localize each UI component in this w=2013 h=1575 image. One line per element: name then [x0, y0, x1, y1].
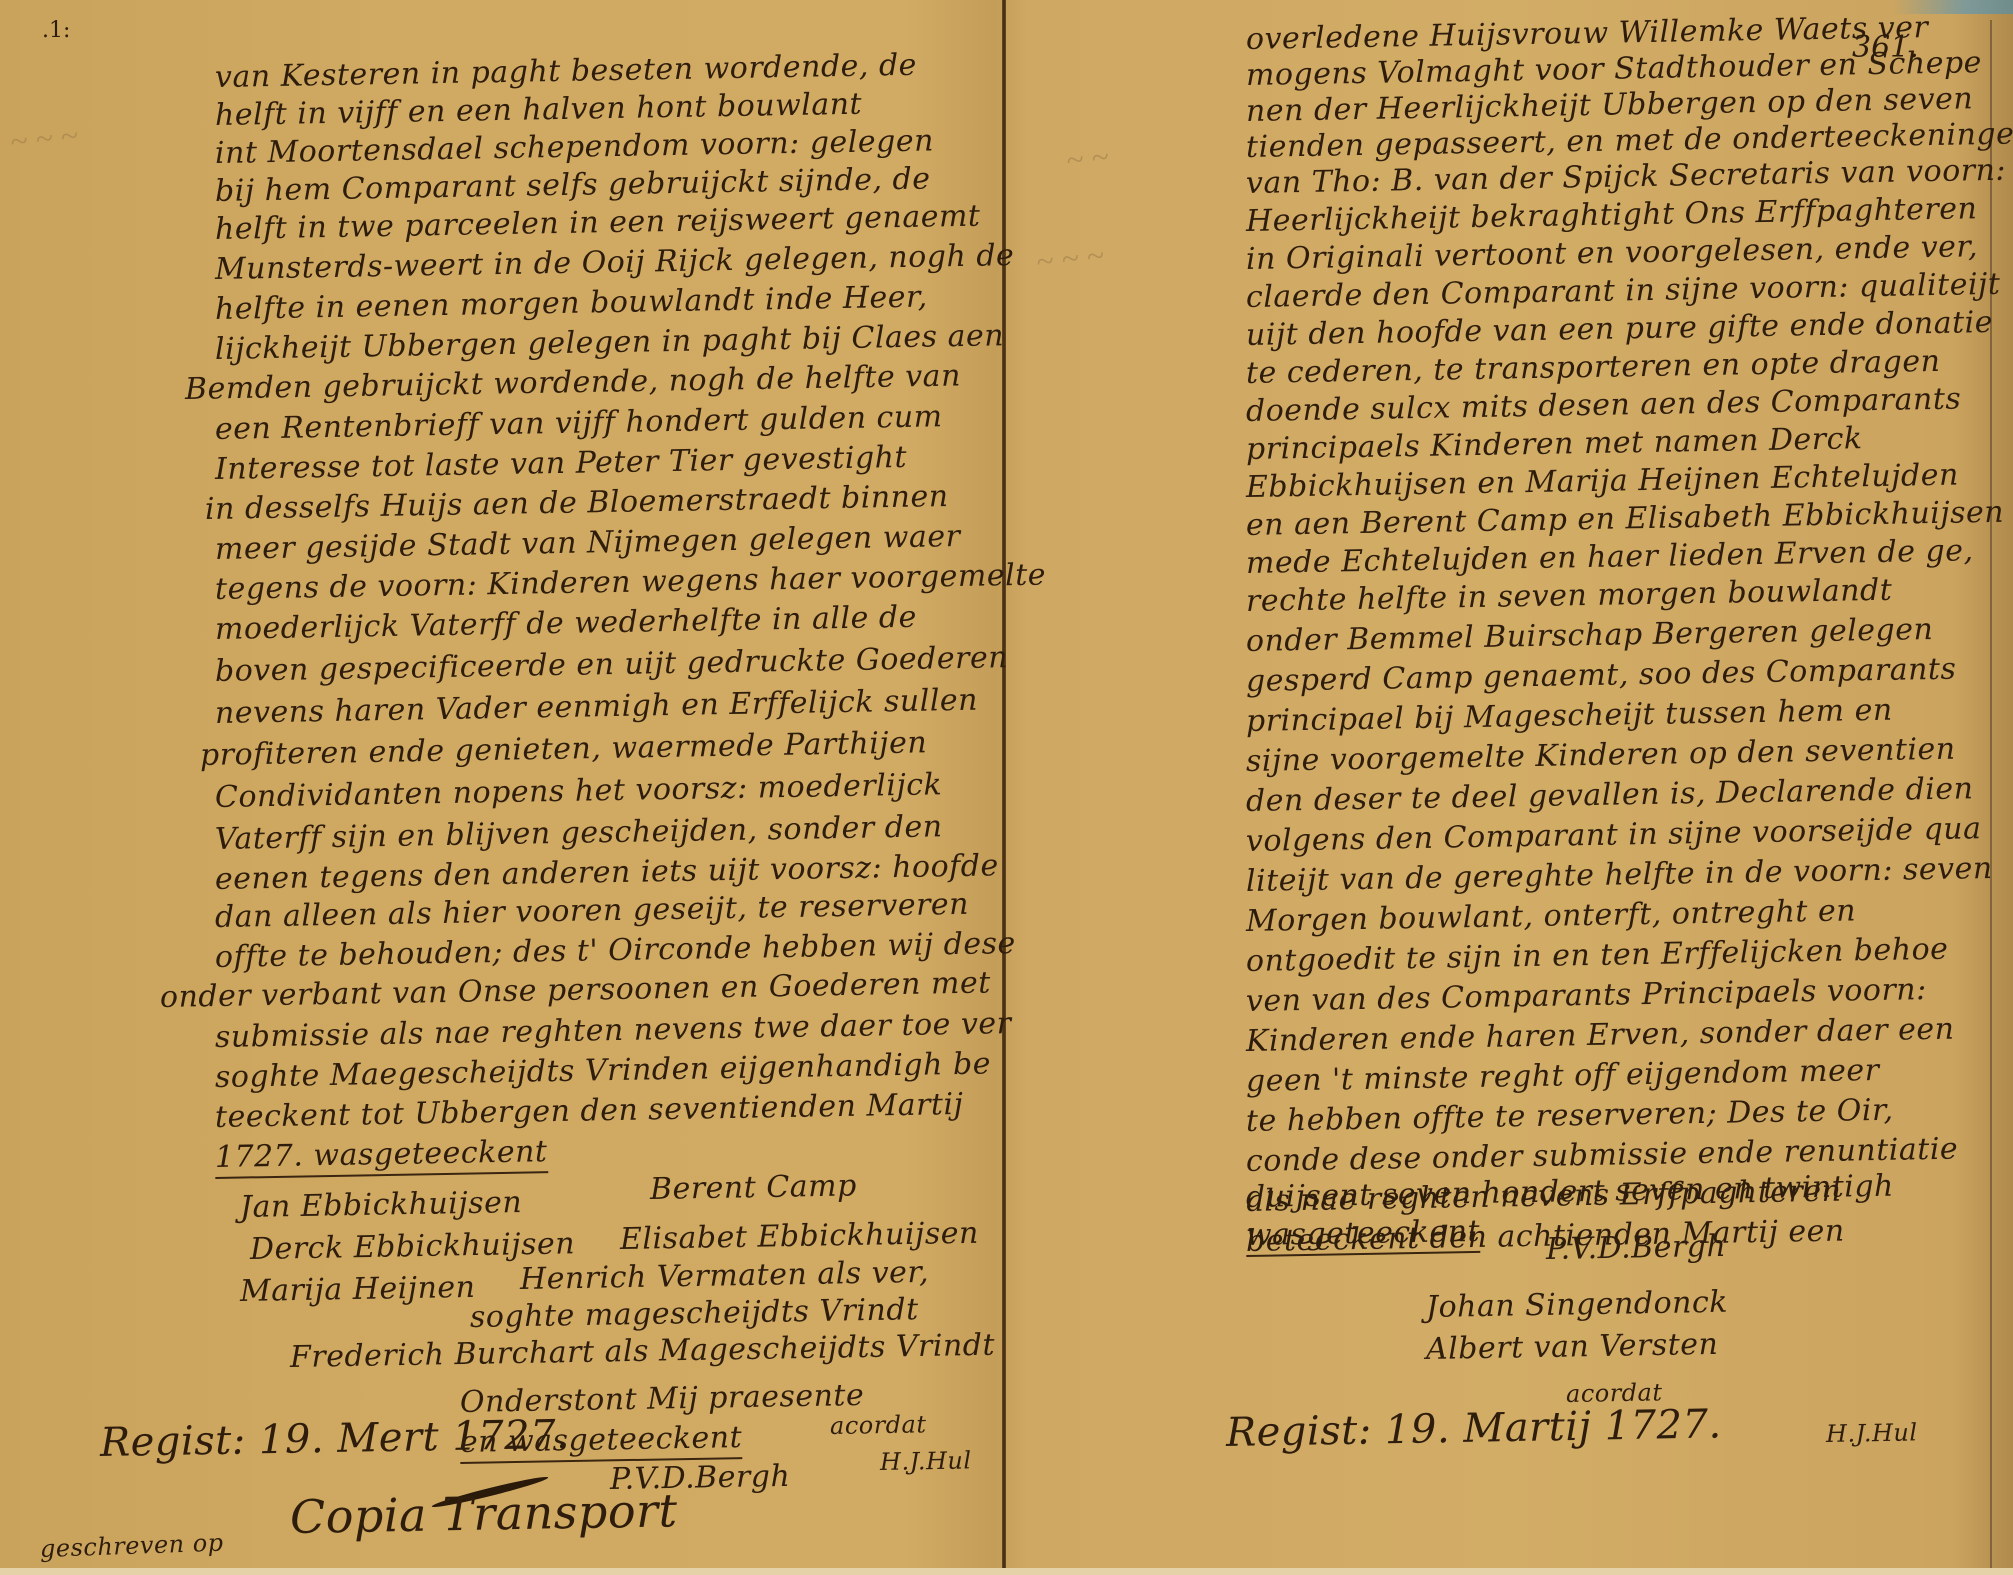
- signature: Jan Ebbickhuijsen: [240, 1185, 523, 1225]
- bottom-edge: [0, 1568, 2013, 1575]
- signature: Marija Heijnen: [240, 1270, 476, 1309]
- text-line: teeckent tot Ubbergen den seventienden M…: [215, 1087, 964, 1135]
- text-line-wasgeteeckent: 1727. wasgeteeckent: [215, 1134, 548, 1179]
- text-line: gesperd Camp genaemt, soo des Comparants: [1246, 652, 1957, 699]
- register-note: Regist: 19. Mert 1727.: [100, 1412, 570, 1466]
- text-line: onder Bemmel Buirschap Bergeren gelegen: [1246, 612, 1934, 659]
- text-line: Condividanten nopens het voorsz: moederl…: [215, 767, 943, 815]
- signature: P.V.D.Bergh: [1546, 1229, 1727, 1267]
- margin-note-line: geschreven op: [40, 1529, 224, 1563]
- secretary-signature: P.V.D.Bergh: [610, 1459, 791, 1497]
- text-line: rechte helfte in seven morgen bouwlandt: [1246, 573, 1893, 619]
- signature: Albert van Versten: [1426, 1327, 1719, 1367]
- left-page: .1: ~ ~ ~ van Kesteren in paght beseten …: [0, 0, 1002, 1568]
- text-line: geen 't minste reght off eijgendom meer: [1246, 1053, 1880, 1099]
- bleed-through-ink: ~ ~ ~: [1034, 237, 1105, 281]
- register-note: Regist: 19. Martij 1727.: [1226, 1401, 1722, 1456]
- text-line: Morgen bouwlant, onterft, ontreght en: [1246, 893, 1857, 939]
- accordat-signature: H.J.Hul: [880, 1446, 972, 1476]
- text-line: helfte in eenen morgen bouwlandt inde He…: [215, 280, 928, 327]
- text-line: moederlijck Vaterff de wederhelfte in al…: [215, 600, 917, 647]
- text-line: Vaterff sijn en blijven gescheijden, son…: [215, 809, 943, 857]
- corner-mark: .1:: [42, 18, 70, 43]
- text-line: sijne voorgemelte Kinderen op den sevent…: [1246, 732, 1956, 779]
- text-line: te hebben offte te reserveren; Des te Oi…: [1246, 1093, 1894, 1139]
- text-line: in desselfs Huijs aen de Bloemerstraedt …: [205, 479, 949, 527]
- signature: Berent Camp: [650, 1168, 857, 1207]
- text-line: Bemden gebruijckt wordende, nogh de helf…: [185, 358, 961, 407]
- text-line: den deser te deel gevallen is, Declarend…: [1246, 771, 1974, 819]
- signature: soghte magescheijdts Vrindt: [470, 1292, 919, 1335]
- signature: Henrich Vermaten als ver,: [520, 1255, 930, 1297]
- signature: Frederich Burchart als Magescheijdts Vri…: [290, 1328, 996, 1375]
- text-line: een Rentenbrieff van vijff hondert gulde…: [215, 399, 943, 447]
- text-line: ontgoedit te sijn in en ten Erffelijcken…: [1246, 932, 1949, 979]
- text-line: liteijt van de gereghte helfte in de voo…: [1246, 851, 1993, 899]
- signature: Elisabet Ebbickhuijsen: [620, 1216, 979, 1257]
- text-line: profiteren ende genieten, waermede Parth…: [200, 725, 928, 773]
- text-line: tegens de voorn: Kinderen wegens haer vo…: [215, 557, 1047, 606]
- text-line: nevens haren Vader eenmigh en Erffelijck…: [215, 683, 979, 731]
- text-line: Kinderen ende haren Erven, sonder daer e…: [1246, 1012, 1955, 1059]
- bleed-through-ink: ~ ~ ~: [8, 117, 79, 161]
- text-line: Interesse tot laste van Peter Tier geves…: [215, 440, 908, 487]
- text-line-wasgeteeckent: wasgeteeckent: [1246, 1214, 1481, 1257]
- right-page: 361. ~ ~ ~ ~ ~ overledene Huijsvrouw Wil…: [1006, 0, 2013, 1568]
- text-line: ven van des Comparants Principaels voorn…: [1246, 972, 1927, 1019]
- text-line: principael bij Magescheijt tussen hem en: [1246, 693, 1893, 739]
- accordat-signature: H.J.Hul: [1826, 1418, 1918, 1448]
- accordat-note: acordat: [830, 1410, 927, 1440]
- text-line: meer gesijde Stadt van Nijmegen gelegen …: [215, 519, 961, 567]
- text-line: boven gespecificeerde en uijt gedruckte …: [215, 640, 1009, 689]
- text-line: volgens den Comparant in sijne voorseijd…: [1246, 811, 1982, 859]
- signature: Johan Singendonck: [1426, 1285, 1729, 1325]
- bleed-through-ink: ~ ~: [1064, 138, 1110, 179]
